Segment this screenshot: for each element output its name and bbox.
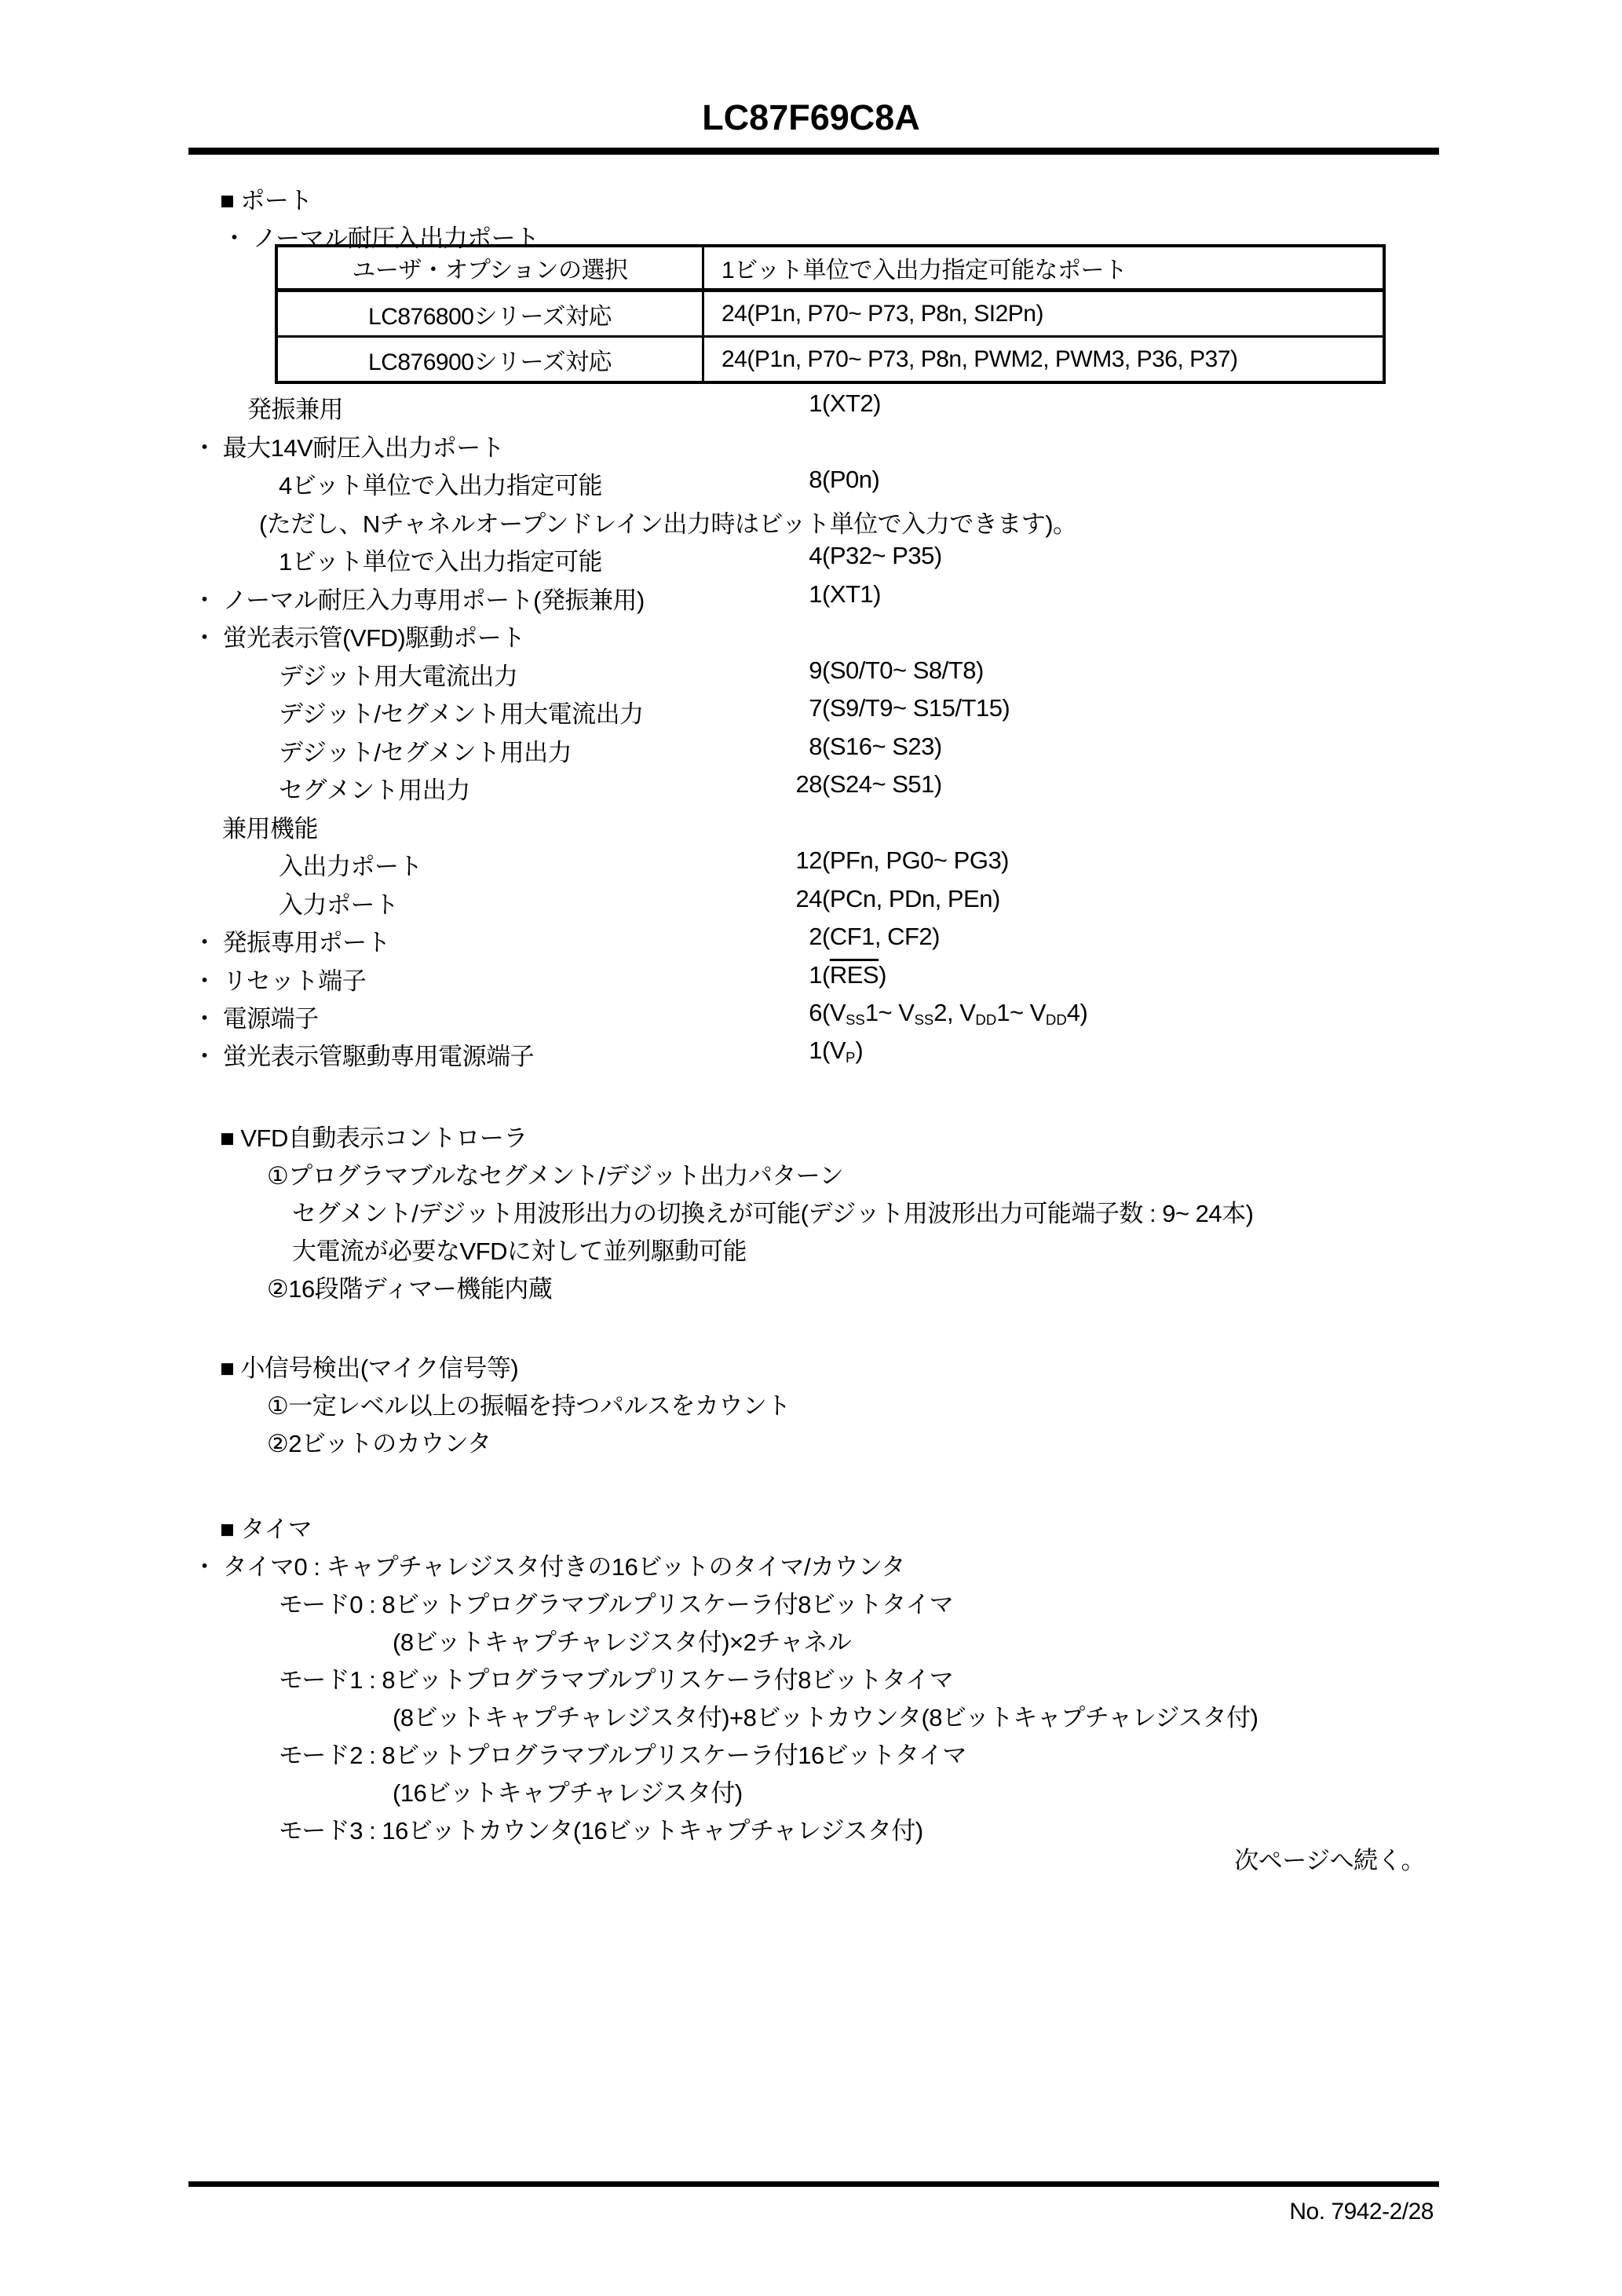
spec-label: (16ビットキャプチャレジスタ付) xyxy=(393,1773,743,1808)
spec-label: ・ 最大14V耐圧入出力ポート xyxy=(192,428,504,463)
spec-label: ・ リセット端子 xyxy=(192,961,366,996)
spec-value: 12(PFn, PG0~ PG3) xyxy=(789,846,1009,875)
spec-label: ■ ポート xyxy=(220,181,312,216)
spec-value-count: 4 xyxy=(789,542,822,570)
spec-label: ・ 発振専用ポート xyxy=(192,923,390,958)
spec-label: ■ VFD自動表示コントローラ xyxy=(220,1118,528,1153)
spec-label: ・ 電源端子 xyxy=(192,999,319,1034)
spec-value-count: 28 xyxy=(789,770,822,799)
spec-value-count: 2 xyxy=(789,923,822,951)
spec-label: ①一定レベル以上の振幅を持つパルスをカウント xyxy=(267,1386,791,1421)
spec-line: 発振兼用1(XT2) xyxy=(0,389,1622,424)
spec-value-count: 8 xyxy=(789,466,822,494)
spec-line: ・ タイマ0 : キャプチャレジスタ付きの16ビットのタイマ/カウンタ xyxy=(0,1547,1622,1581)
spec-value-count: 9 xyxy=(789,656,822,685)
spec-line: 入力ポート24(PCn, PDn, PEn) xyxy=(0,885,1622,919)
spec-value: 24(PCn, PDn, PEn) xyxy=(789,885,1000,913)
spec-value: 1(RES) xyxy=(789,961,886,989)
spec-line: モード0 : 8ビットプログラマブルプリスケーラ付8ビットタイマ xyxy=(0,1585,1622,1619)
spec-label: モード1 : 8ビットプログラマブルプリスケーラ付8ビットタイマ xyxy=(279,1660,953,1695)
spec-line: ・ 発振専用ポート2(CF1, CF2) xyxy=(0,923,1622,957)
spec-line: (8ビットキャプチャレジスタ付)×2チャネル xyxy=(0,1622,1622,1657)
spec-label: ・ ノーマル耐圧入力専用ポート(発振兼用) xyxy=(192,580,645,616)
spec-label: モード3 : 16ビットカウンタ(16ビットキャプチャレジスタ付) xyxy=(279,1811,923,1846)
spec-label: ・ 蛍光表示管駆動専用電源端子 xyxy=(192,1036,534,1072)
spec-line: セグメント用出力28(S24~ S51) xyxy=(0,770,1622,805)
spec-line: ②2ビットのカウンタ xyxy=(0,1424,1622,1458)
spec-value-count: 24 xyxy=(789,885,822,913)
spec-label: ・ タイマ0 : キャプチャレジスタ付きの16ビットのタイマ/カウンタ xyxy=(192,1547,905,1582)
content-lines: ■ ポート・ ノーマル耐圧入出力ポート発振兼用1(XT2)・ 最大14V耐圧入出… xyxy=(0,0,1622,2296)
spec-line: ■ ポート xyxy=(0,181,1622,215)
spec-line: ・ リセット端子1(RES) xyxy=(0,961,1622,996)
spec-line: モード1 : 8ビットプログラマブルプリスケーラ付8ビットタイマ xyxy=(0,1660,1622,1695)
datasheet-page: LC87F69C8A ユーザ・オプションの選択 1ビット単位で入出力指定可能なポ… xyxy=(0,0,1622,2296)
spec-value: 8(S16~ S23) xyxy=(789,733,942,761)
spec-line: ①一定レベル以上の振幅を持つパルスをカウント xyxy=(0,1386,1622,1420)
spec-value-count: 7 xyxy=(789,694,822,722)
spec-value: 1(VP) xyxy=(789,1036,863,1066)
spec-line: ・ 蛍光表示管(VFD)駆動ポート xyxy=(0,618,1622,653)
spec-line: ・ 最大14V耐圧入出力ポート xyxy=(0,428,1622,462)
continue-note: 次ページへ続く。 xyxy=(1234,1841,1425,1876)
footer-rule xyxy=(188,2181,1439,2187)
spec-value: 8(P0n) xyxy=(789,466,879,494)
spec-line: セグメント/デジット用波形出力の切換えが可能(デジット用波形出力可能端子数 : … xyxy=(0,1194,1622,1228)
footer-page-number: No. 7942-2/28 xyxy=(1289,2199,1434,2225)
spec-line: モード2 : 8ビットプログラマブルプリスケーラ付16ビットタイマ xyxy=(0,1735,1622,1770)
spec-label: 1ビット単位で入出力指定可能 xyxy=(279,542,602,577)
spec-value: 1(XT2) xyxy=(789,389,881,418)
spec-value: 4(P32~ P35) xyxy=(789,542,942,570)
spec-line: ■ VFD自動表示コントローラ xyxy=(0,1118,1622,1153)
spec-label: ■ 小信号検出(マイク信号等) xyxy=(220,1348,518,1384)
spec-line: デジット/セグメント用出力8(S16~ S23) xyxy=(0,733,1622,767)
spec-line: (ただし、Nチャネルオープンドレイン出力時はビット単位で入力できます)。 xyxy=(0,504,1622,539)
spec-line: ・ 蛍光表示管駆動専用電源端子1(VP) xyxy=(0,1036,1622,1071)
spec-line: 1ビット単位で入出力指定可能4(P32~ P35) xyxy=(0,542,1622,576)
spec-label: 大電流が必要なVFDに対して並列駆動可能 xyxy=(292,1231,747,1267)
spec-label: (8ビットキャプチャレジスタ付)×2チャネル xyxy=(393,1622,851,1658)
spec-label: ①プログラマブルなセグメント/デジット出力パターン xyxy=(267,1156,843,1191)
spec-line: ■ タイマ xyxy=(0,1509,1622,1544)
spec-label: デジット用大電流出力 xyxy=(279,656,517,692)
spec-value-count: 1 xyxy=(789,1036,822,1065)
spec-line: デジット用大電流出力9(S0/T0~ S8/T8) xyxy=(0,656,1622,691)
spec-label: (ただし、Nチャネルオープンドレイン出力時はビット単位で入力できます)。 xyxy=(259,504,1077,539)
spec-value: 9(S0/T0~ S8/T8) xyxy=(789,656,984,685)
spec-label: セグメント用出力 xyxy=(279,770,470,806)
spec-line: 4ビット単位で入出力指定可能8(P0n) xyxy=(0,466,1622,500)
spec-label: デジット/セグメント用出力 xyxy=(279,733,572,768)
spec-line: ・ ノーマル耐圧入出力ポート xyxy=(0,218,1622,253)
spec-line: (16ビットキャプチャレジスタ付) xyxy=(0,1773,1622,1808)
spec-label: 兼用機能 xyxy=(222,809,318,844)
spec-value: 7(S9/T9~ S15/T15) xyxy=(789,694,1010,722)
spec-label: 4ビット単位で入出力指定可能 xyxy=(279,466,602,501)
spec-label: モード0 : 8ビットプログラマブルプリスケーラ付8ビットタイマ xyxy=(279,1585,953,1620)
spec-label: 入出力ポート xyxy=(279,846,422,882)
spec-label: モード2 : 8ビットプログラマブルプリスケーラ付16ビットタイマ xyxy=(279,1735,966,1771)
spec-line: (8ビットキャプチャレジスタ付)+8ビットカウンタ(8ビットキャプチャレジスタ付… xyxy=(0,1698,1622,1732)
spec-line: 入出力ポート12(PFn, PG0~ PG3) xyxy=(0,846,1622,881)
spec-value: 28(S24~ S51) xyxy=(789,770,942,799)
spec-label: (8ビットキャプチャレジスタ付)+8ビットカウンタ(8ビットキャプチャレジスタ付… xyxy=(393,1698,1258,1733)
spec-label: デジット/セグメント用大電流出力 xyxy=(279,694,644,729)
spec-line: デジット/セグメント用大電流出力7(S9/T9~ S15/T15) xyxy=(0,694,1622,729)
spec-line: 兼用機能 xyxy=(0,809,1622,843)
spec-value-count: 6 xyxy=(789,999,822,1027)
spec-line: ②16段階ディマー機能内蔵 xyxy=(0,1269,1622,1303)
spec-value: 1(XT1) xyxy=(789,580,881,609)
spec-value-count: 8 xyxy=(789,733,822,761)
spec-line: ・ 電源端子6(VSS1~ VSS2, VDD1~ VDD4) xyxy=(0,999,1622,1033)
spec-label: セグメント/デジット用波形出力の切換えが可能(デジット用波形出力可能端子数 : … xyxy=(292,1194,1253,1229)
spec-value-count: 1 xyxy=(789,961,822,989)
spec-value-count: 1 xyxy=(789,580,822,609)
spec-line: ・ ノーマル耐圧入力専用ポート(発振兼用)1(XT1) xyxy=(0,580,1622,615)
spec-value-count: 12 xyxy=(789,846,822,875)
spec-line: 大電流が必要なVFDに対して並列駆動可能 xyxy=(0,1231,1622,1266)
spec-line: ■ 小信号検出(マイク信号等) xyxy=(0,1348,1622,1383)
spec-label: ②2ビットのカウンタ xyxy=(267,1424,491,1459)
spec-line: ①プログラマブルなセグメント/デジット出力パターン xyxy=(0,1156,1622,1190)
spec-value: 6(VSS1~ VSS2, VDD1~ VDD4) xyxy=(789,999,1087,1029)
spec-label: 入力ポート xyxy=(279,885,399,920)
spec-label: ・ ノーマル耐圧入出力ポート xyxy=(222,218,539,254)
spec-label: ■ タイマ xyxy=(220,1509,312,1545)
spec-value-count: 1 xyxy=(789,389,822,418)
spec-value: 2(CF1, CF2) xyxy=(789,923,940,951)
spec-label: 発振兼用 xyxy=(247,389,343,425)
spec-label: ②16段階ディマー機能内蔵 xyxy=(267,1269,552,1304)
spec-label: ・ 蛍光表示管(VFD)駆動ポート xyxy=(192,618,525,653)
